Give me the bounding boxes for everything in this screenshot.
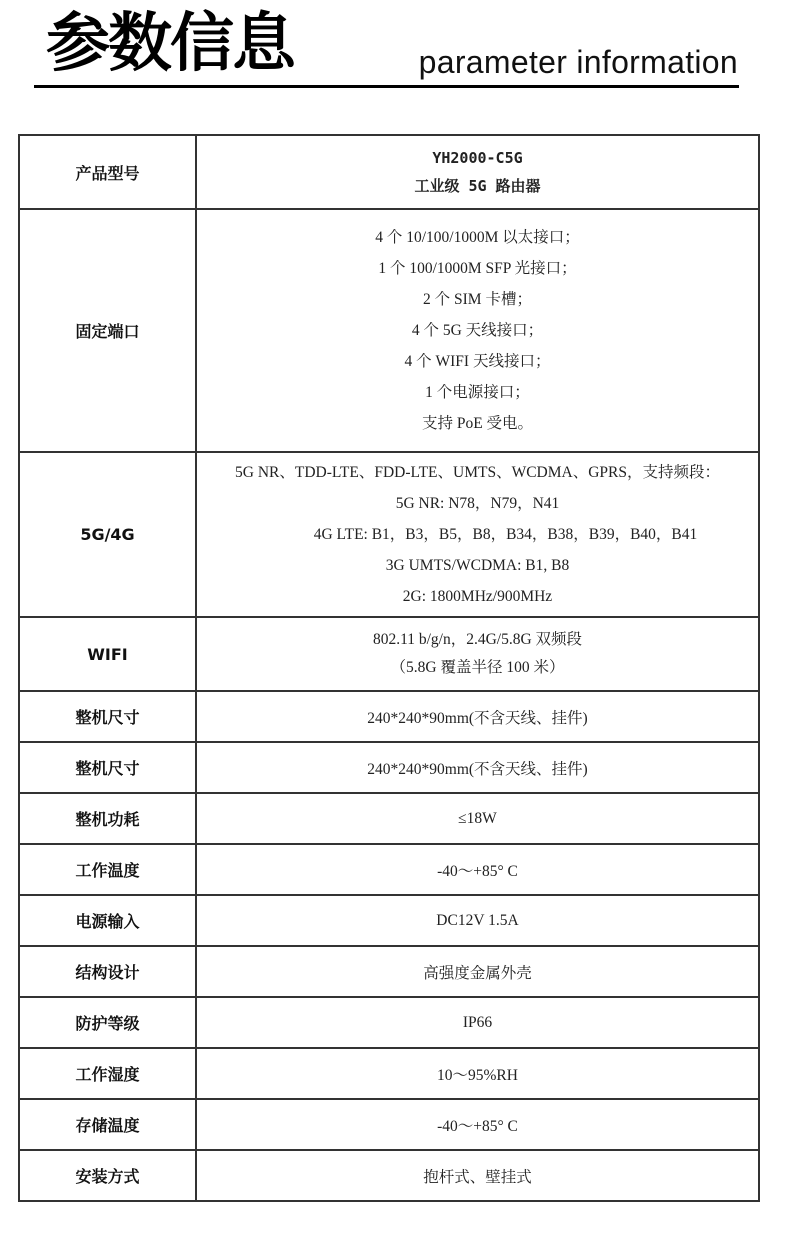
row-label: 电源输入 — [19, 895, 196, 946]
table-row: 整机功耗 ≤18W — [19, 793, 759, 844]
row-value: 10～95%RH — [196, 1048, 759, 1099]
header-divider — [34, 85, 739, 88]
row-value: 802.11 b/g/n，2.4G/5.8G 双频段 （5.8G 覆盖半径 10… — [196, 617, 759, 691]
row-label: 防护等级 — [19, 997, 196, 1048]
wifi-line: （5.8G 覆盖半径 100 米） — [197, 654, 758, 682]
row-value: 5G NR、TDD-LTE、FDD-LTE、UMTS、WCDMA、GPRS，支持… — [196, 452, 759, 617]
row-label: 整机尺寸 — [19, 691, 196, 742]
row-label: 存储温度 — [19, 1099, 196, 1150]
table-row: 整机尺寸 240*240*90mm(不含天线、挂件) — [19, 691, 759, 742]
band-line: 5G NR、TDD-LTE、FDD-LTE、UMTS、WCDMA、GPRS，支持… — [197, 457, 758, 488]
row-label: 5G/4G — [19, 452, 196, 617]
row-value: -40～+85° C — [196, 1099, 759, 1150]
row-value: 240*240*90mm(不含天线、挂件) — [196, 691, 759, 742]
row-label: 整机功耗 — [19, 793, 196, 844]
band-line: 2G: 1800MHz/900MHz — [197, 581, 758, 612]
table-row-ports: 固定端口 4 个 10/100/1000M 以太接口； 1 个 100/1000… — [19, 209, 759, 452]
row-value: ≤18W — [196, 793, 759, 844]
row-label: 工作温度 — [19, 844, 196, 895]
model-description: 工业级 5G 路由器 — [197, 172, 758, 200]
row-value: IP66 — [196, 997, 759, 1048]
row-label: 固定端口 — [19, 209, 196, 452]
page-title: 参数信息 — [46, 4, 294, 84]
spec-table: 产品型号 YH2000-C5G 工业级 5G 路由器 固定端口 4 个 10/1… — [18, 134, 760, 1202]
table-row-model: 产品型号 YH2000-C5G 工业级 5G 路由器 — [19, 135, 759, 209]
table-row: 防护等级 IP66 — [19, 997, 759, 1048]
table-row: 结构设计 高强度金属外壳 — [19, 946, 759, 997]
port-line: 2 个 SIM 卡槽； — [197, 284, 758, 315]
table-row-wifi: WIFI 802.11 b/g/n，2.4G/5.8G 双频段 （5.8G 覆盖… — [19, 617, 759, 691]
row-label: 产品型号 — [19, 135, 196, 209]
band-line: 4G LTE: B1，B3，B5，B8，B34，B38，B39，B40，B41 — [225, 519, 786, 550]
table-row: 存储温度 -40～+85° C — [19, 1099, 759, 1150]
port-line: 4 个 WIFI 天线接口； — [197, 346, 758, 377]
row-value: 240*240*90mm(不含天线、挂件) — [196, 742, 759, 793]
model-number: YH2000-C5G — [197, 144, 758, 172]
row-label: 安装方式 — [19, 1150, 196, 1201]
port-line: 4 个 10/100/1000M 以太接口； — [197, 222, 758, 253]
band-line: 3G UMTS/WCDMA: B1, B8 — [197, 550, 758, 581]
port-line: 4 个 5G 天线接口； — [197, 315, 758, 346]
table-row: 工作湿度 10～95%RH — [19, 1048, 759, 1099]
row-value: DC12V 1.5A — [196, 895, 759, 946]
row-value: YH2000-C5G 工业级 5G 路由器 — [196, 135, 759, 209]
wifi-line: 802.11 b/g/n，2.4G/5.8G 双频段 — [197, 626, 758, 654]
table-row-cellular: 5G/4G 5G NR、TDD-LTE、FDD-LTE、UMTS、WCDMA、G… — [19, 452, 759, 617]
band-line: 5G NR: N78，N79，N41 — [197, 488, 758, 519]
row-value: 高强度金属外壳 — [196, 946, 759, 997]
table-row: 电源输入 DC12V 1.5A — [19, 895, 759, 946]
table-row: 工作温度 -40～+85° C — [19, 844, 759, 895]
port-line: 1 个 100/1000M SFP 光接口； — [197, 253, 758, 284]
row-label: 结构设计 — [19, 946, 196, 997]
table-row: 整机尺寸 240*240*90mm(不含天线、挂件) — [19, 742, 759, 793]
table-row: 安装方式 抱杆式、壁挂式 — [19, 1150, 759, 1201]
row-label: 整机尺寸 — [19, 742, 196, 793]
port-line: 支持 PoE 受电。 — [197, 408, 758, 439]
row-value: 4 个 10/100/1000M 以太接口； 1 个 100/1000M SFP… — [196, 209, 759, 452]
page-subtitle: parameter information — [419, 42, 738, 82]
row-label: 工作湿度 — [19, 1048, 196, 1099]
page-header: 参数信息 parameter information — [0, 0, 790, 100]
row-value: -40～+85° C — [196, 844, 759, 895]
row-label: WIFI — [19, 617, 196, 691]
port-line: 1 个电源接口； — [197, 377, 758, 408]
row-value: 抱杆式、壁挂式 — [196, 1150, 759, 1201]
